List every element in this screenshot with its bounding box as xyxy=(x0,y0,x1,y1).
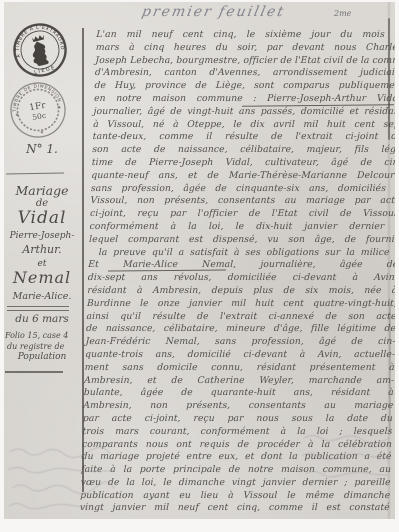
act-text-line: Vissoul, non présents, consentants au ma… xyxy=(90,195,395,208)
margin-double-divider xyxy=(7,306,69,311)
margin-bride-firstnames: Marie-Alice. xyxy=(4,291,80,302)
act-text-line: conformément à la loi, le dix-huit janvi… xyxy=(89,221,395,234)
act-number: N° 1. xyxy=(4,142,80,156)
act-text-line: quante-trois ans, domicilié ci-devant à … xyxy=(85,349,395,362)
act-text-line: de naissance, célibataire, mineure d'âge… xyxy=(86,323,395,336)
margin-divider xyxy=(6,172,64,174)
act-text-line: L'an mil neuf cent cinq, le sixième jour… xyxy=(96,29,395,42)
act-text-line: vingt janvier mil neuf cent cinq, comme … xyxy=(80,502,390,515)
page-edge-shadow-top xyxy=(388,18,390,140)
bleed-through-left xyxy=(6,444,118,519)
act-text-line: time de Pierre-Joseph Vidal, cultivateur… xyxy=(92,157,395,170)
margin-folio-note-2: du registre de xyxy=(7,342,83,351)
act-text-line: bulante, âgée de quarante-huit ans, rési… xyxy=(84,387,394,400)
act-text-line: dix-sept ans révolus, domiciliée ci-deva… xyxy=(88,272,395,285)
act-text-line: Ambresin, et de Catherine Weyler, marcha… xyxy=(84,375,394,388)
act-text-line: mars à cinq heures du soir, par devant n… xyxy=(96,42,395,55)
act-text-line: journalier, âgé de vingt-huit ans passés… xyxy=(93,106,395,119)
act-text-line: par acte ci-joint, reçu par nous sous la… xyxy=(83,413,393,426)
act-text-line: lequel comparant est dispensé, vu son âg… xyxy=(89,234,395,247)
act-text-line: ci-joint, reçu par l'officier de l'Etat … xyxy=(90,208,395,221)
act-text-line: Joseph Lebecha, bourgmestre, officier de… xyxy=(95,55,395,68)
margin-mariage-label: Mariage xyxy=(4,183,80,198)
act-text-line: d'Ambresin, canton d'Avennes, arrondisse… xyxy=(95,67,395,80)
margin-folio-note-3: Population xyxy=(4,352,80,362)
act-text-line: résidant à Ambresin, depuis plus de six … xyxy=(87,285,395,298)
revenue-stamp-extraordinaire: A TIMBRE A L'EXTRAORDINAIRE LIEGE xyxy=(6,16,74,84)
margin-groom-firstnames: Pierre-Joseph- xyxy=(4,231,80,241)
act-text-line: son acte de naissance, célibataire, maje… xyxy=(92,144,395,157)
act-text-line: tante-deux, comme il résulte de l'extrai… xyxy=(92,131,395,144)
act-text-line: à Vissoul, né à Oteppe, le dix avril mil… xyxy=(93,119,395,132)
act-text-line: de Huy, province de Liège, sont comparus… xyxy=(94,80,395,93)
paper-sheet: premier feuillet 2me A TIMBRE A L'EXTRAO… xyxy=(4,2,395,519)
act-text-line: la preuve qu'il a satisfait à ses obliga… xyxy=(88,247,395,260)
bleed-through-right xyxy=(300,430,395,494)
act-text-line: Burdinne le onze janvier mil huit cent q… xyxy=(87,298,395,311)
margin-bride-surname: Nemal xyxy=(4,268,80,287)
stamp-value-centimes: 50c xyxy=(32,111,47,122)
margin-date-note: du 6 mars xyxy=(4,313,80,325)
page-edge-shadow-mid xyxy=(389,302,391,432)
act-text-line: Jean-Frédéric Nemal, sans profession, âg… xyxy=(85,336,395,349)
margin-groom-firstnames-2: Arthur. xyxy=(4,243,80,256)
margin-groom-surname: Vidal xyxy=(4,208,80,228)
dimension-stamp: TIMBRE DE DIMENSION 1Fr 50c xyxy=(4,75,73,145)
act-text-line: Ambresin, non présents, consentants au m… xyxy=(83,400,393,413)
act-text-line: sans profession, âgée de cinquante-six a… xyxy=(91,183,395,196)
margin-folio-note-1: Folio 15, case 4 xyxy=(5,331,83,340)
act-text-line: ainsi qu'il résulte de l'extrait ci-anne… xyxy=(86,311,395,324)
corner-page-note: 2me xyxy=(334,9,351,18)
header-note: premier feuillet xyxy=(140,4,363,20)
act-text-line: ment sans domicile connu, résidant prése… xyxy=(84,362,394,375)
act-text-line: quante-neuf ans, et de Marie-Thérèse-Mar… xyxy=(91,170,395,183)
scanned-register-page: premier feuillet 2me A TIMBRE A L'EXTRAO… xyxy=(0,0,399,532)
margin-divider-bottom xyxy=(5,371,63,373)
crowned-lion-icon xyxy=(28,34,51,67)
